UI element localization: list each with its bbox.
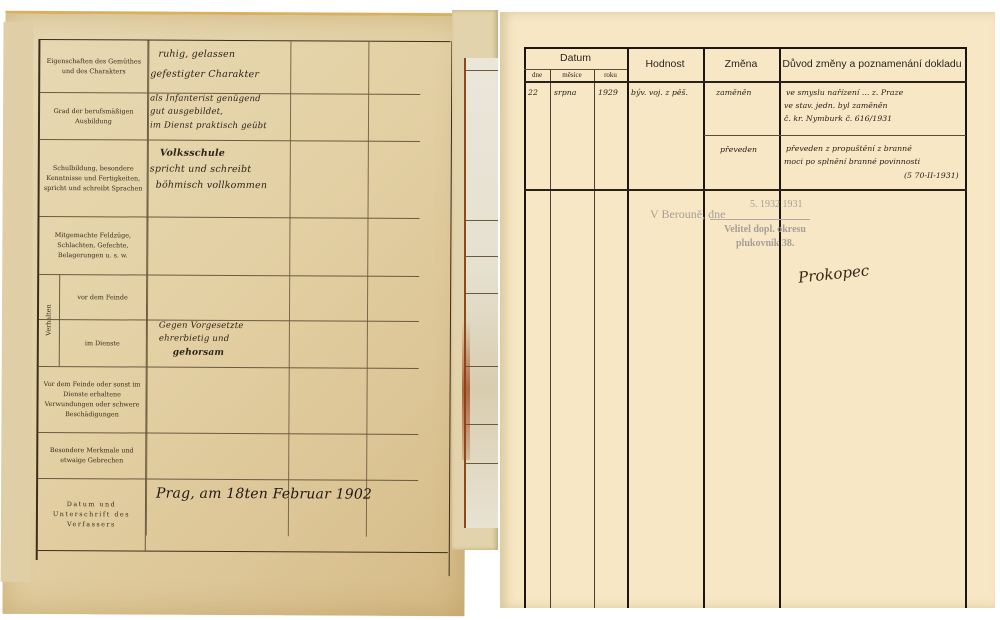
datum-subheader-line bbox=[524, 69, 627, 70]
column-border-dne bbox=[550, 69, 551, 608]
cell-duvod-line: moci po splnění branné povinnosti bbox=[784, 155, 920, 168]
handwritten-entry: im Dienst praktisch geübt bbox=[150, 120, 267, 134]
row-character: Eigenschaften des Gemüthes und des Chara… bbox=[40, 40, 420, 95]
header-hodnost: Hodnost bbox=[627, 58, 703, 70]
table-right-border bbox=[965, 47, 967, 608]
row-in-service: im Dienste Gegen Vorgesetzte ehrerbietig… bbox=[39, 319, 419, 369]
row-training: Grad der berufsmäßigen Ausbildung als In… bbox=[40, 92, 420, 142]
cell-hodnost: býv. voj. z pěš. bbox=[631, 86, 688, 99]
left-page-german-form: Eigenschaften des Gemüthes und des Chara… bbox=[2, 11, 467, 616]
cell-dne: 22 bbox=[528, 86, 538, 99]
stamp-date: 5. 1932 1931 bbox=[750, 199, 803, 210]
column-border-hodnost bbox=[703, 47, 705, 608]
row-date-signature: Datum und Unterschrift des Verfassers Pr… bbox=[38, 478, 448, 553]
handwritten-entry: gehorsam bbox=[173, 347, 224, 360]
strip-rule bbox=[466, 293, 498, 294]
row-wounds: Vor dem Feinde oder sonst im Dienste erh… bbox=[38, 366, 418, 435]
table-top-border bbox=[524, 47, 967, 49]
column-border-zmena bbox=[779, 47, 781, 608]
strip-rule bbox=[466, 70, 498, 71]
cell-duvod-line: ve smyslu nařízení ... z. Praze bbox=[786, 86, 903, 99]
strip-rule bbox=[466, 256, 498, 257]
row-divider bbox=[524, 189, 967, 191]
header-zmena: Změna bbox=[703, 58, 779, 70]
header-dne: dne bbox=[524, 71, 550, 79]
row-label: Vor dem Feinde oder sonst im Dienste erh… bbox=[38, 366, 146, 433]
header-duvod: Důvod změny a poznamenání dokladu bbox=[779, 58, 965, 70]
right-page-czech-form: Datum dne měsíce roku Hodnost Změna Důvo… bbox=[500, 12, 995, 608]
officer-signature: Prokopec bbox=[797, 261, 870, 286]
handwritten-entry: ruhig, gelassen bbox=[158, 47, 235, 62]
rank-change-table: Datum dne měsíce roku Hodnost Změna Důvo… bbox=[524, 47, 965, 608]
cell-roku: 1929 bbox=[598, 86, 618, 99]
row-education: Schulbildung, besondere Kenntnisse und F… bbox=[40, 139, 420, 219]
row-label: vor dem Feinde bbox=[59, 274, 147, 319]
header-mesice: měsíce bbox=[550, 71, 594, 79]
header-roku: roku bbox=[594, 71, 627, 79]
row-label: Datum und Unterschrift des Verfassers bbox=[38, 478, 146, 551]
row-distinguishing-marks: Besondere Merkmale und etwaige Gebrechen bbox=[38, 432, 418, 481]
strip-rule bbox=[466, 463, 498, 464]
row-label: Eigenschaften des Gemüthes und des Chara… bbox=[40, 40, 148, 93]
header-datum: Datum bbox=[524, 52, 627, 64]
handwritten-entry: böhmisch vollkommen bbox=[156, 178, 268, 194]
handwritten-entry: gefestigter Charakter bbox=[150, 67, 259, 83]
handwritten-entry: gut ausgebildet, bbox=[150, 106, 223, 119]
handwritten-entry: ehrerbietig und bbox=[159, 333, 230, 346]
cell-duvod-line: ve stav. jedn. byl zaměněn bbox=[784, 99, 888, 112]
column-border-mesice bbox=[594, 69, 595, 608]
row-before-enemy: vor dem Feinde bbox=[39, 274, 419, 322]
cell-duvod-line: č. kr. Nymburk č. 616/1931 bbox=[784, 112, 892, 125]
handwritten-entry: spricht und schreibt bbox=[150, 162, 252, 178]
row-label: Schulbildung, besondere Kenntnisse und F… bbox=[40, 139, 148, 217]
cell-duvod-line: převeden z propuštění z branné bbox=[786, 142, 912, 155]
header-bottom-line bbox=[524, 81, 967, 83]
cell-zmena: zaměněn bbox=[716, 86, 751, 99]
handwritten-entry: als Infanterist genügend bbox=[150, 93, 261, 107]
handwritten-entry: Volksschule bbox=[160, 146, 225, 161]
stamp-office-line: Velitel dopl. okresu bbox=[724, 224, 806, 235]
column-border-datum bbox=[627, 47, 629, 608]
rust-stain bbox=[462, 320, 470, 460]
character-record-table: Eigenschaften des Gemüthes und des Chara… bbox=[36, 39, 451, 562]
stamp-underline bbox=[710, 219, 810, 220]
cell-zmena: převeden bbox=[720, 143, 757, 156]
row-label: Grad der berufsmäßigen Ausbildung bbox=[40, 92, 148, 140]
row-campaigns: Mitgemachte Feldzüge, Schlachten, Gefech… bbox=[39, 216, 419, 277]
row-label: im Dienste bbox=[59, 319, 147, 366]
strip-rule bbox=[466, 220, 498, 221]
handwritten-date-prague: Prag, am 18ten Februar 1902 bbox=[156, 487, 372, 503]
handwritten-entry: Gegen Vorgesetzte bbox=[159, 320, 244, 333]
cell-duvod-line: (5 70-II-1931) bbox=[904, 169, 959, 182]
strip-rule bbox=[466, 366, 498, 367]
underlying-sheet-edge bbox=[1, 22, 34, 582]
cell-mesice: srpna bbox=[554, 86, 576, 99]
row-label: Besondere Merkmale und etwaige Gebrechen bbox=[38, 432, 146, 479]
strip-rule bbox=[466, 424, 498, 425]
column-border bbox=[524, 47, 526, 608]
row-divider bbox=[704, 135, 966, 136]
row-label: Mitgemachte Feldzüge, Schlachten, Gefech… bbox=[39, 216, 147, 275]
stamp-office-line: plukovník 38. bbox=[736, 238, 794, 249]
